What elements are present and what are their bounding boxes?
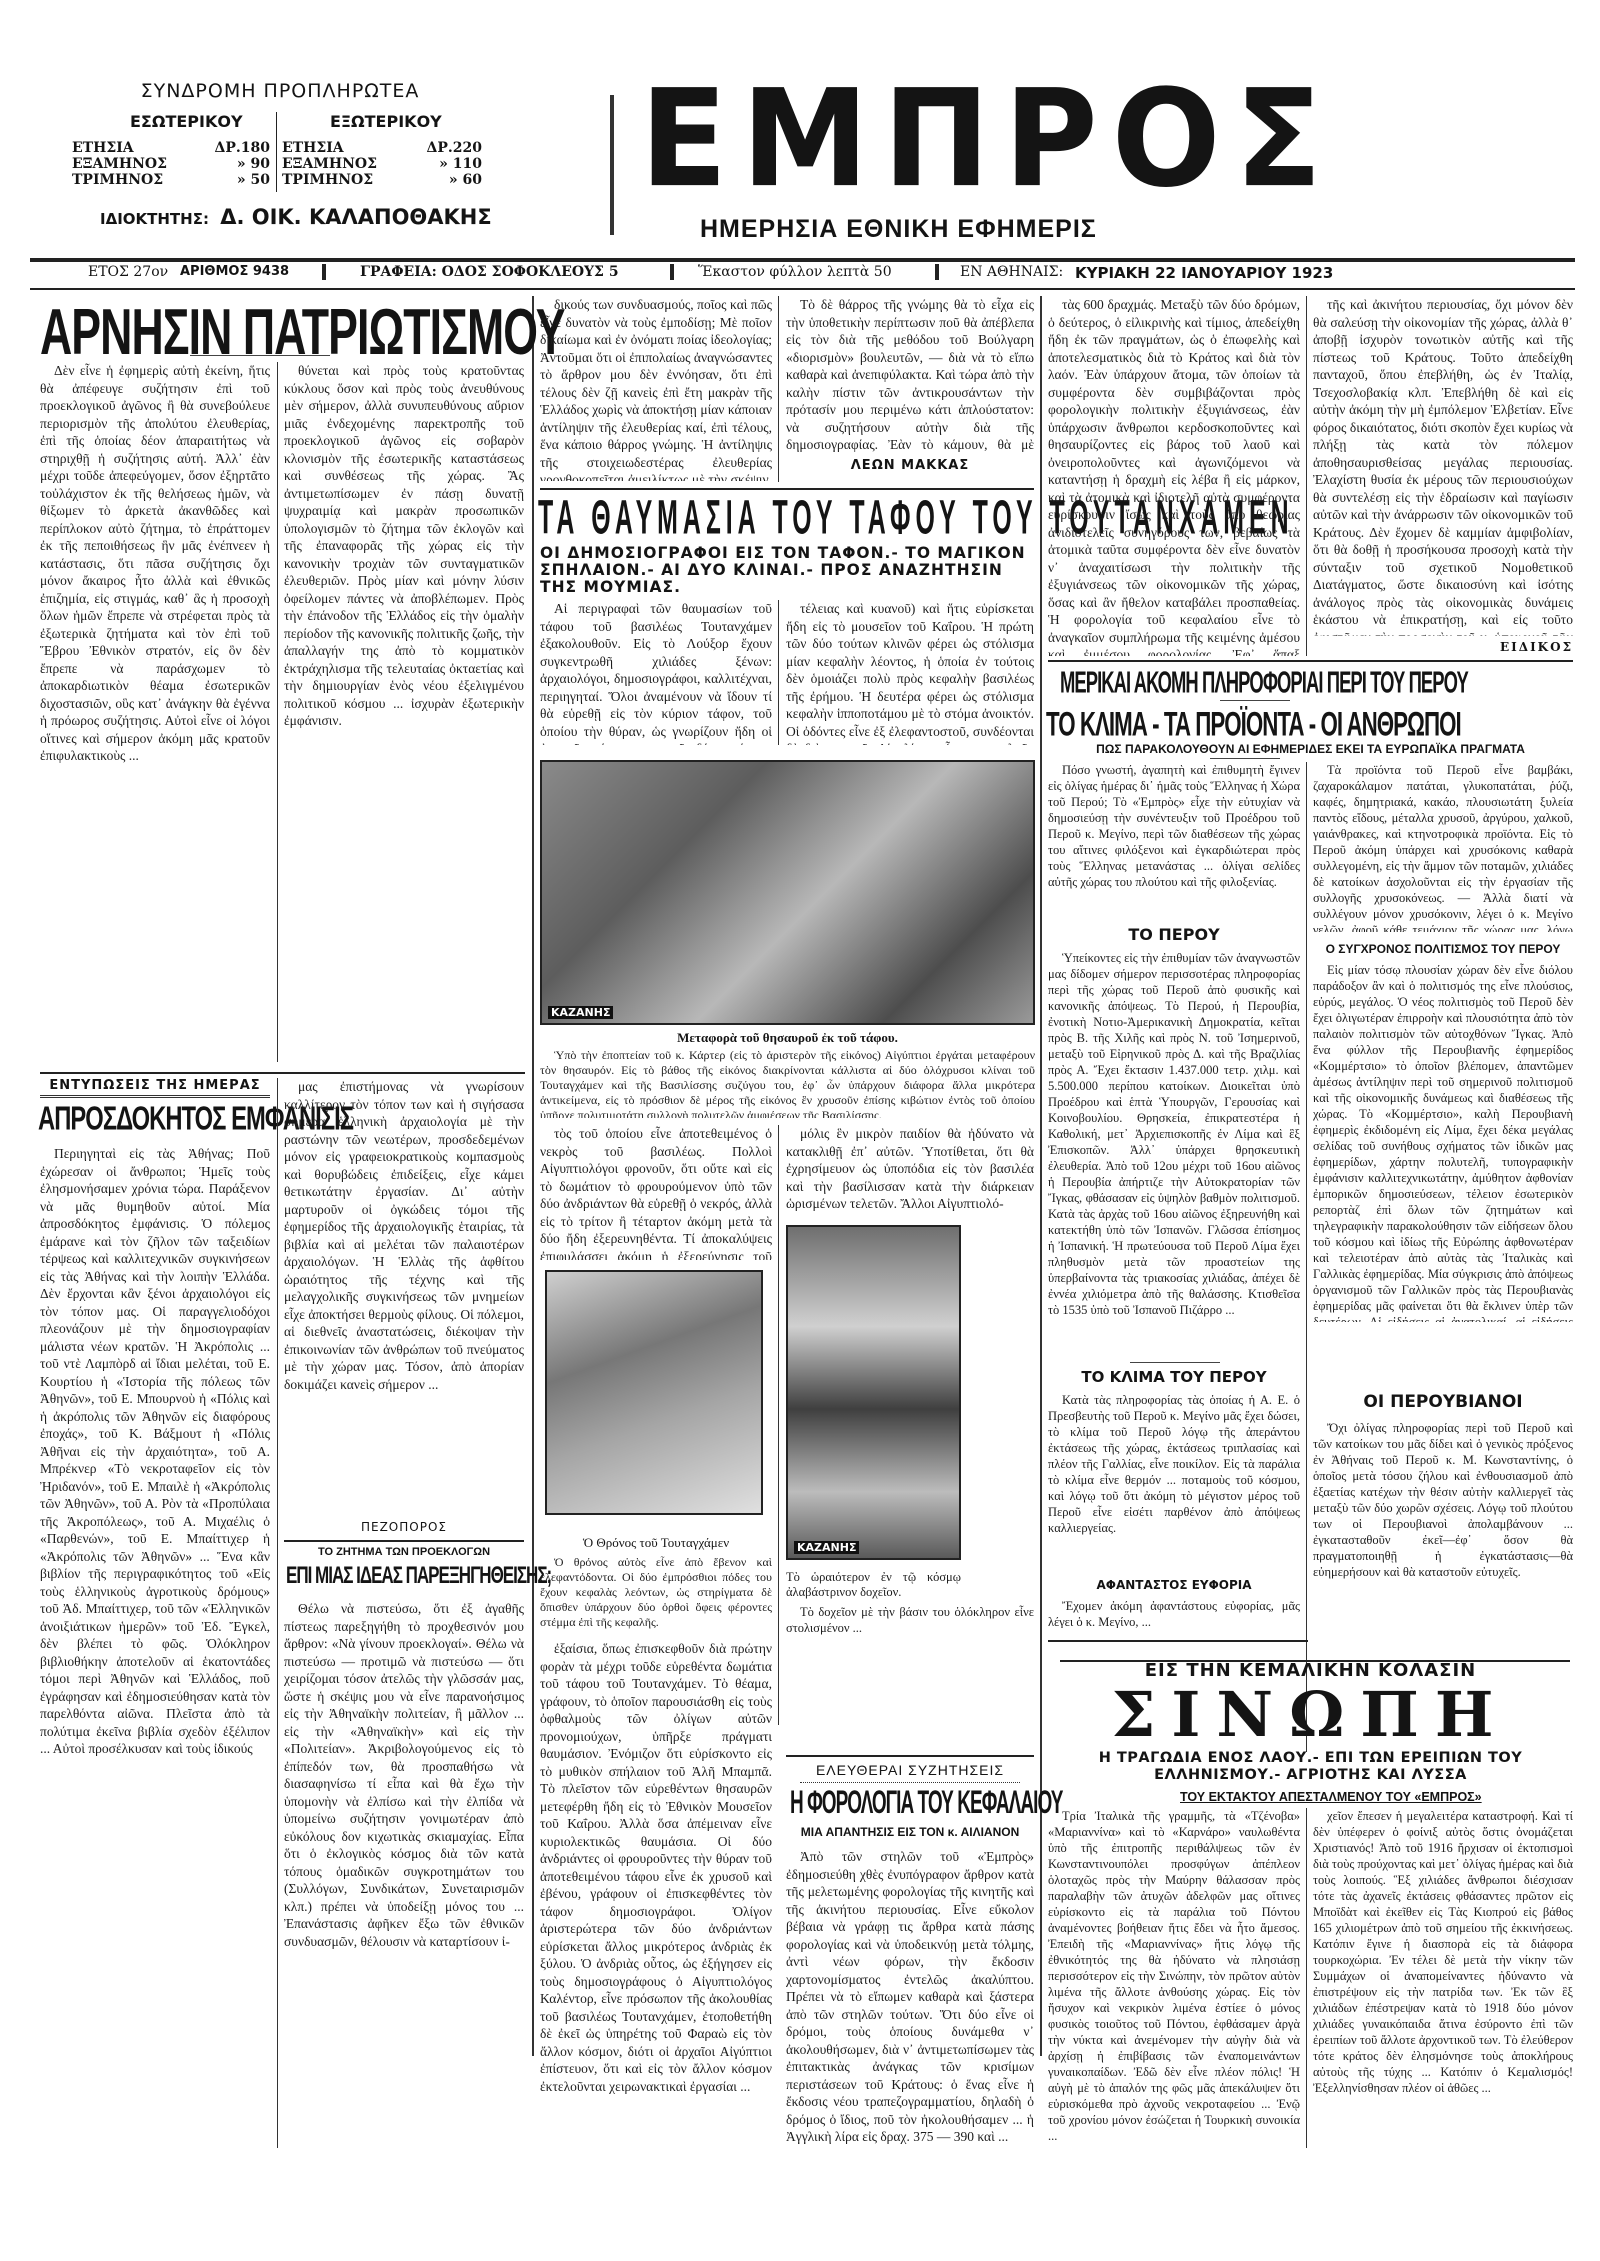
rate-period: ΕΞΑΜΗΝΟΣ (72, 156, 167, 172)
headline-patriotism: ΑΡΝΗΣΙΝ ΠΑΤΡΙΩΤΙΣΜΟΥ (40, 296, 565, 370)
rule (786, 1755, 1034, 1757)
capital-tax-col2: τὰς 600 δραχμάς. Μεταξὺ τῶν δύο δρόμων, … (1048, 296, 1300, 656)
column-rule (277, 1078, 278, 2148)
rate-period: ΕΤΗΣΙΑ (72, 140, 134, 156)
section-title-civilization: Ο ΣΥΓΧΡΟΝΟΣ ΠΟΛΙΤΙΣΜΟΣ ΤΟΥ ΠΕΡΟΥ (1313, 942, 1573, 956)
kicker-peru: ΜΕΡΙΚΑΙ ΑΚΟΜΗ ΠΛΗΡΟΦΟΡΙΑΙ ΠΕΡΙ ΤΟΥ ΠΕΡΟΥ (1060, 666, 1468, 702)
column-rule (1306, 1808, 1307, 2148)
rate-price: » 60 (449, 172, 482, 188)
headline-pre-elections: ΕΠΙ ΜΙΑΣ ΙΔΕΑΣ ΠΑΡΕΞΗΓΗΘΕΙΣΗΣ; (286, 1562, 551, 1590)
photo3-caption: Τὸ δοχεῖον μὲ τὴν βάσιν του ὁλόκληρον εἶ… (786, 1605, 1034, 1700)
domestic-rates: ΕΤΗΣΙΑΔΡ.180 ΕΞΑΜΗΝΟΣ» 90 ΤΡΙΜΗΝΟΣ» 50 (72, 140, 270, 188)
subheadline-tutankhamun: ΟΙ ΔΗΜΟΣΙΟΓΡΑΦΟΙ ΕΙΣ ΤΟΝ ΤΑΦΟΝ.- ΤΟ ΜΑΓΙ… (540, 545, 1030, 596)
headline-sinope: ΣΙΝΩΠΗ (1048, 1680, 1573, 1750)
issue-date: ΚΥΡΙΑΚΗ 22 ΙΑΝΟΥΑΡΙΟΥ 1923 (1075, 264, 1333, 282)
peru-sec1-text: Ὑπείκοντες εἰς τὴν ἐπιθυμίαν τῶν ἀναγνωσ… (1048, 950, 1300, 1355)
rate-period: ΤΡΙΜΗΝΟΣ (282, 172, 373, 188)
capital-tax-col1: Ἀπὸ τῶν στηλῶν τοῦ «Ἐμπρὸς» ἐδημοσιεύθη … (786, 1848, 1034, 2145)
rate-price: » 50 (237, 172, 270, 188)
rule (800, 1781, 1020, 1783)
subheadline-sinope: Η ΤΡΑΓΩΔΙΑ ΕΝΟΣ ΛΑΟΥ.- ΕΠΙ ΤΩΝ ΕΡΕΙΠΙΩΝ … (1048, 1750, 1573, 1784)
rule (40, 1072, 525, 1074)
rule (540, 488, 1034, 490)
owner-name: Δ. ΟΙΚ. ΚΑΛΑΠΟΘΑΚΗΣ (220, 205, 492, 229)
separator (670, 264, 674, 280)
rule (1210, 758, 1280, 759)
tut-col5: ἐξαίσια, ὅπως ἐπισκεφθοῦν διὰ πρώτην φορ… (540, 1640, 772, 2145)
photo2-title: Ὁ Θρόνος τοῦ Τουταγχάμεν (540, 1535, 772, 1551)
peru-col2-text: Τὰ προϊόντα τοῦ Περοῦ εἶνε βαμβάκι, ζαχα… (1313, 762, 1573, 932)
rate-period: ΕΤΗΣΙΑ (282, 140, 344, 156)
patriotism-col1: Δὲν εἶνε ἡ ἐφημερὶς αὐτὴ ἐκείνη, ἥτις θὰ… (40, 362, 270, 1062)
patriotism-col2: θύνεται καὶ πρὸς τοὺς κρατοῦντας κύκλους… (284, 362, 524, 1062)
tut-col3: τὸς τοῦ ὁποίου εἶνε ἀποτεθειμένος ὁ νεκρ… (540, 1125, 772, 1260)
separator (935, 264, 939, 280)
peru-sec2-text: Κατὰ τὰς πληροφορίας τὰς ὁποίας ἡ Α. Ε. … (1048, 1392, 1300, 1572)
year: ΕΤΟΣ 27ον (88, 264, 168, 280)
rule (284, 1540, 524, 1542)
photo3-title: Τὸ ὡραιότερον ἐν τῷ κόσμῳ ἀλαβάστρινον δ… (786, 1570, 961, 1600)
photo1-title: Μεταφορὰ τοῦ θησαυροῦ ἐκ τοῦ τάφου. (540, 1030, 1035, 1046)
column-rule (1306, 762, 1307, 1752)
rule (1048, 660, 1573, 662)
byline-eidikos: ΕΙΔΙΚΟΣ (1500, 640, 1573, 654)
rule (1048, 1640, 1308, 1642)
headline-capital-tax: Η ΦΟΡΟΛΟΓΙΑ ΤΟΥ ΚΕΦΑΛΑΙΟΥ (790, 1786, 1062, 1823)
tut-col1: Αἱ περιγραφαὶ τῶν θαυμασίων τοῦ τάφου το… (540, 600, 772, 745)
column-rule (778, 1125, 779, 1725)
newspaper-subtitle: ΗΜΕΡΗΣΙΑ ΕΘΝΙΚΗ ΕΦΗΜΕΡΙΣ (700, 215, 1097, 244)
rate-price: ΔΡ.220 (427, 140, 483, 156)
place-prefix: ΕΝ ΑΘΗΝΑΙΣ: (960, 264, 1063, 280)
price: Ἕκαστον φύλλον λεπτὰ 50 (698, 264, 892, 280)
makkas-col1: δικούς των συνδυασμούς, ποῖος καὶ πῶς εἶ… (540, 296, 772, 481)
owner-line: ΙΔΙΟΚΤΗΤΗΣ: Δ. ΟΙΚ. ΚΑΛΑΠΟΘΑΚΗΣ (100, 205, 492, 229)
rule (190, 355, 330, 356)
surprise-col1: Περιηγηταὶ εἰς τὰς Ἀθήνας; Ποῦ ἐχώρεσαν … (40, 1145, 270, 2145)
section-title-peru: ΤΟ ΠΕΡΟΥ (1048, 925, 1300, 944)
offices: ΓΡΑΦΕΙΑ: ΟΔΟΣ ΣΟΦΟΚΛΕΟΥΣ 5 (360, 264, 619, 280)
divider (276, 112, 277, 192)
rule (1220, 700, 1290, 701)
photo-alabaster-vase: ΚΑΖΑΝΗΣ (786, 1225, 961, 1560)
peru-sec3-text: Ἔχομεν ἀκόμη ἀφαντάστους εὐφορίας, μᾶς λ… (1048, 1598, 1300, 1628)
section-title-fertility: ΑΦΑΝΤΑΣΤΟΣ ΕΥΦΟΡΙΑ (1048, 1578, 1300, 1592)
photo-throne (545, 1270, 763, 1515)
dateline-rule (30, 288, 1575, 290)
sinope-col1: Τρία Ἰταλικὰ τῆς γραμμῆς, τὰ «Τζένοβα» «… (1048, 1808, 1300, 2145)
photo-credit: ΚΑΖΑΝΗΣ (548, 1006, 613, 1019)
byline-pezoporos: ΠΕΖΟΠΟΡΟΣ (284, 1520, 524, 1534)
makkas-col2: Τὸ δὲ θάρρος τῆς γνώμης θὰ τὸ εἶχα εἰς τ… (786, 296, 1034, 456)
column-rule (778, 600, 779, 745)
subscription-box: ΣΥΝΔΡΟΜΗ ΠΡΟΠΛΗΡΩΤΕΑ ΕΣΩΤΕΡΙΚΟΥ ΕΞΩΤΕΡΙΚ… (70, 80, 490, 250)
kicker-pre-elections: ΤΟ ΖΗΤΗΜΑ ΤΩΝ ΠΡΟΕΚΛΟΓΩΝ (284, 1546, 524, 1558)
section-title-climate: ΤΟ ΚΛΙΜΑ ΤΟΥ ΠΕΡΟΥ (1048, 1368, 1300, 1386)
rate-price: ΔΡ.180 (215, 140, 271, 156)
byline-makkas: ΛΕΩΝ ΜΑΚΚΑΣ (786, 458, 1034, 473)
rate-price: » 90 (237, 156, 270, 172)
capital-tax-col3: τῆς καὶ ἀκινήτου περιουσίας, ὄχι μόνον δ… (1313, 296, 1573, 636)
peru-sec5-text: Ὄχι ὀλίγας πληροφορίας περὶ τοῦ Περοῦ κα… (1313, 1420, 1573, 1630)
foreign-label: ΕΞΩΤΕΡΙΚΟΥ (330, 112, 442, 131)
rate-period: ΕΞΑΜΗΝΟΣ (282, 156, 377, 172)
photo2-caption: Ὁ θρόνος αὐτὸς εἶνε ἀπὸ ἔβενον καὶ ἐλεφα… (540, 1555, 772, 1635)
kicker-impressions: ΕΝΤΥΠΩΣΕΙΣ ΤΗΣ ΗΜΕΡΑΣ (40, 1078, 270, 1093)
dateline: ΕΤΟΣ 27ον ΑΡΙΘΜΟΣ 9438 ΓΡΑΦΕΙΑ: ΟΔΟΣ ΣΟΦ… (30, 264, 1575, 286)
column-rule (1306, 296, 1307, 656)
rate-period: ΤΡΙΜΗΝΟΣ (72, 172, 163, 188)
issue-number: ΑΡΙΘΜΟΣ 9438 (180, 264, 289, 279)
section-title-peruvians: ΟΙ ΠΕΡΟΥΒΙΑΝΟΙ (1313, 1392, 1573, 1412)
peru-sec4-text: Εἰς μίαν τόσῳ πλουσίαν χώραν δὲν εἶνε δι… (1313, 962, 1573, 1322)
rate-price: » 110 (439, 156, 482, 172)
byline-sinope: ΤΟΥ ΕΚΤΑΚΤΟΥ ΑΠΕΣΤΑΛΜΕΝΟΥ ΤΟΥ «ΕΜΠΡΟΣ» (1180, 1790, 1482, 1804)
column-rule (277, 362, 278, 1062)
tut-col2: τέλειας καὶ κυανοῦ) καὶ ἥτις εὑρίσκεται … (786, 600, 1034, 745)
sinope-col2: χεῖον ἔπεσεν ἡ μεγαλειτέρα καταστροφή. Κ… (1313, 1808, 1573, 2145)
separator (322, 264, 326, 280)
rule (1130, 1362, 1220, 1363)
subheadline-peru: ΠΩΣ ΠΑΡΑΚΟΛΟΥΘΟΥΝ ΑΙ ΕΦΗΜΕΡΙΔΕΣ ΕΚΕΙ ΤΑ … (1048, 742, 1573, 756)
peru-intro: Πόσο γνωστή, ἀγαπητὴ καὶ ἐπιθυμητὴ ἔγινε… (1048, 762, 1300, 912)
domestic-label: ΕΣΩΤΕΡΙΚΟΥ (130, 112, 243, 131)
title-bar (610, 95, 614, 235)
photo-treasure-transport: ΚΑΖΑΝΗΣ (540, 760, 1035, 1025)
pre-elections-col1: Θέλω νὰ πιστεύσω, ὅτι ἐξ ἀγαθῆς πίστεως … (284, 1600, 524, 2145)
rule (40, 1095, 270, 1098)
masthead-rule (30, 258, 1575, 262)
photo-credit: ΚΑΖΑΝΗΣ (794, 1541, 859, 1554)
owner-label: ΙΔΙΟΚΤΗΤΗΣ: (100, 210, 209, 228)
foreign-rates: ΕΤΗΣΙΑΔΡ.220 ΕΞΑΜΗΝΟΣ» 110 ΤΡΙΜΗΝΟΣ» 60 (282, 140, 482, 188)
newspaper-title: ΕΜΠΡΟΣ (640, 67, 1336, 214)
photo1-caption: Ὑπὸ τὴν ἐποπτείαν τοῦ κ. Κάρτερ (εἰς τὸ … (540, 1048, 1035, 1118)
surprise-col2: μας ἐπιστήμονας νὰ γνωρίσουν καλλίτερον … (284, 1078, 524, 1518)
kicker-free-discussions: ΕΛΕΥΘΕΡΑΙ ΣΥΖΗΤΗΣΕΙΣ (786, 1762, 1034, 1778)
headline-peru: ΤΟ ΚΛΙΜΑ - ΤΑ ΠΡΟΪΟΝΤΑ - ΟΙ ΑΝΘΡΩΠΟΙ (1046, 704, 1461, 745)
subheadline-capital-tax: ΜΙΑ ΑΠΑΝΤΗΣΙΣ ΕΙΣ ΤΟΝ κ. ΑΙΛΙΑΝΟΝ (786, 1825, 1034, 1839)
column-rule (532, 296, 534, 2056)
column-rule (778, 296, 779, 482)
subscription-title: ΣΥΝΔΡΟΜΗ ΠΡΟΠΛΗΡΩΤΕΑ (70, 80, 490, 102)
tut-col4: μόλις ἓν μικρὸν παιδίον θὰ ἠδύνατο νὰ κα… (786, 1125, 1034, 1215)
